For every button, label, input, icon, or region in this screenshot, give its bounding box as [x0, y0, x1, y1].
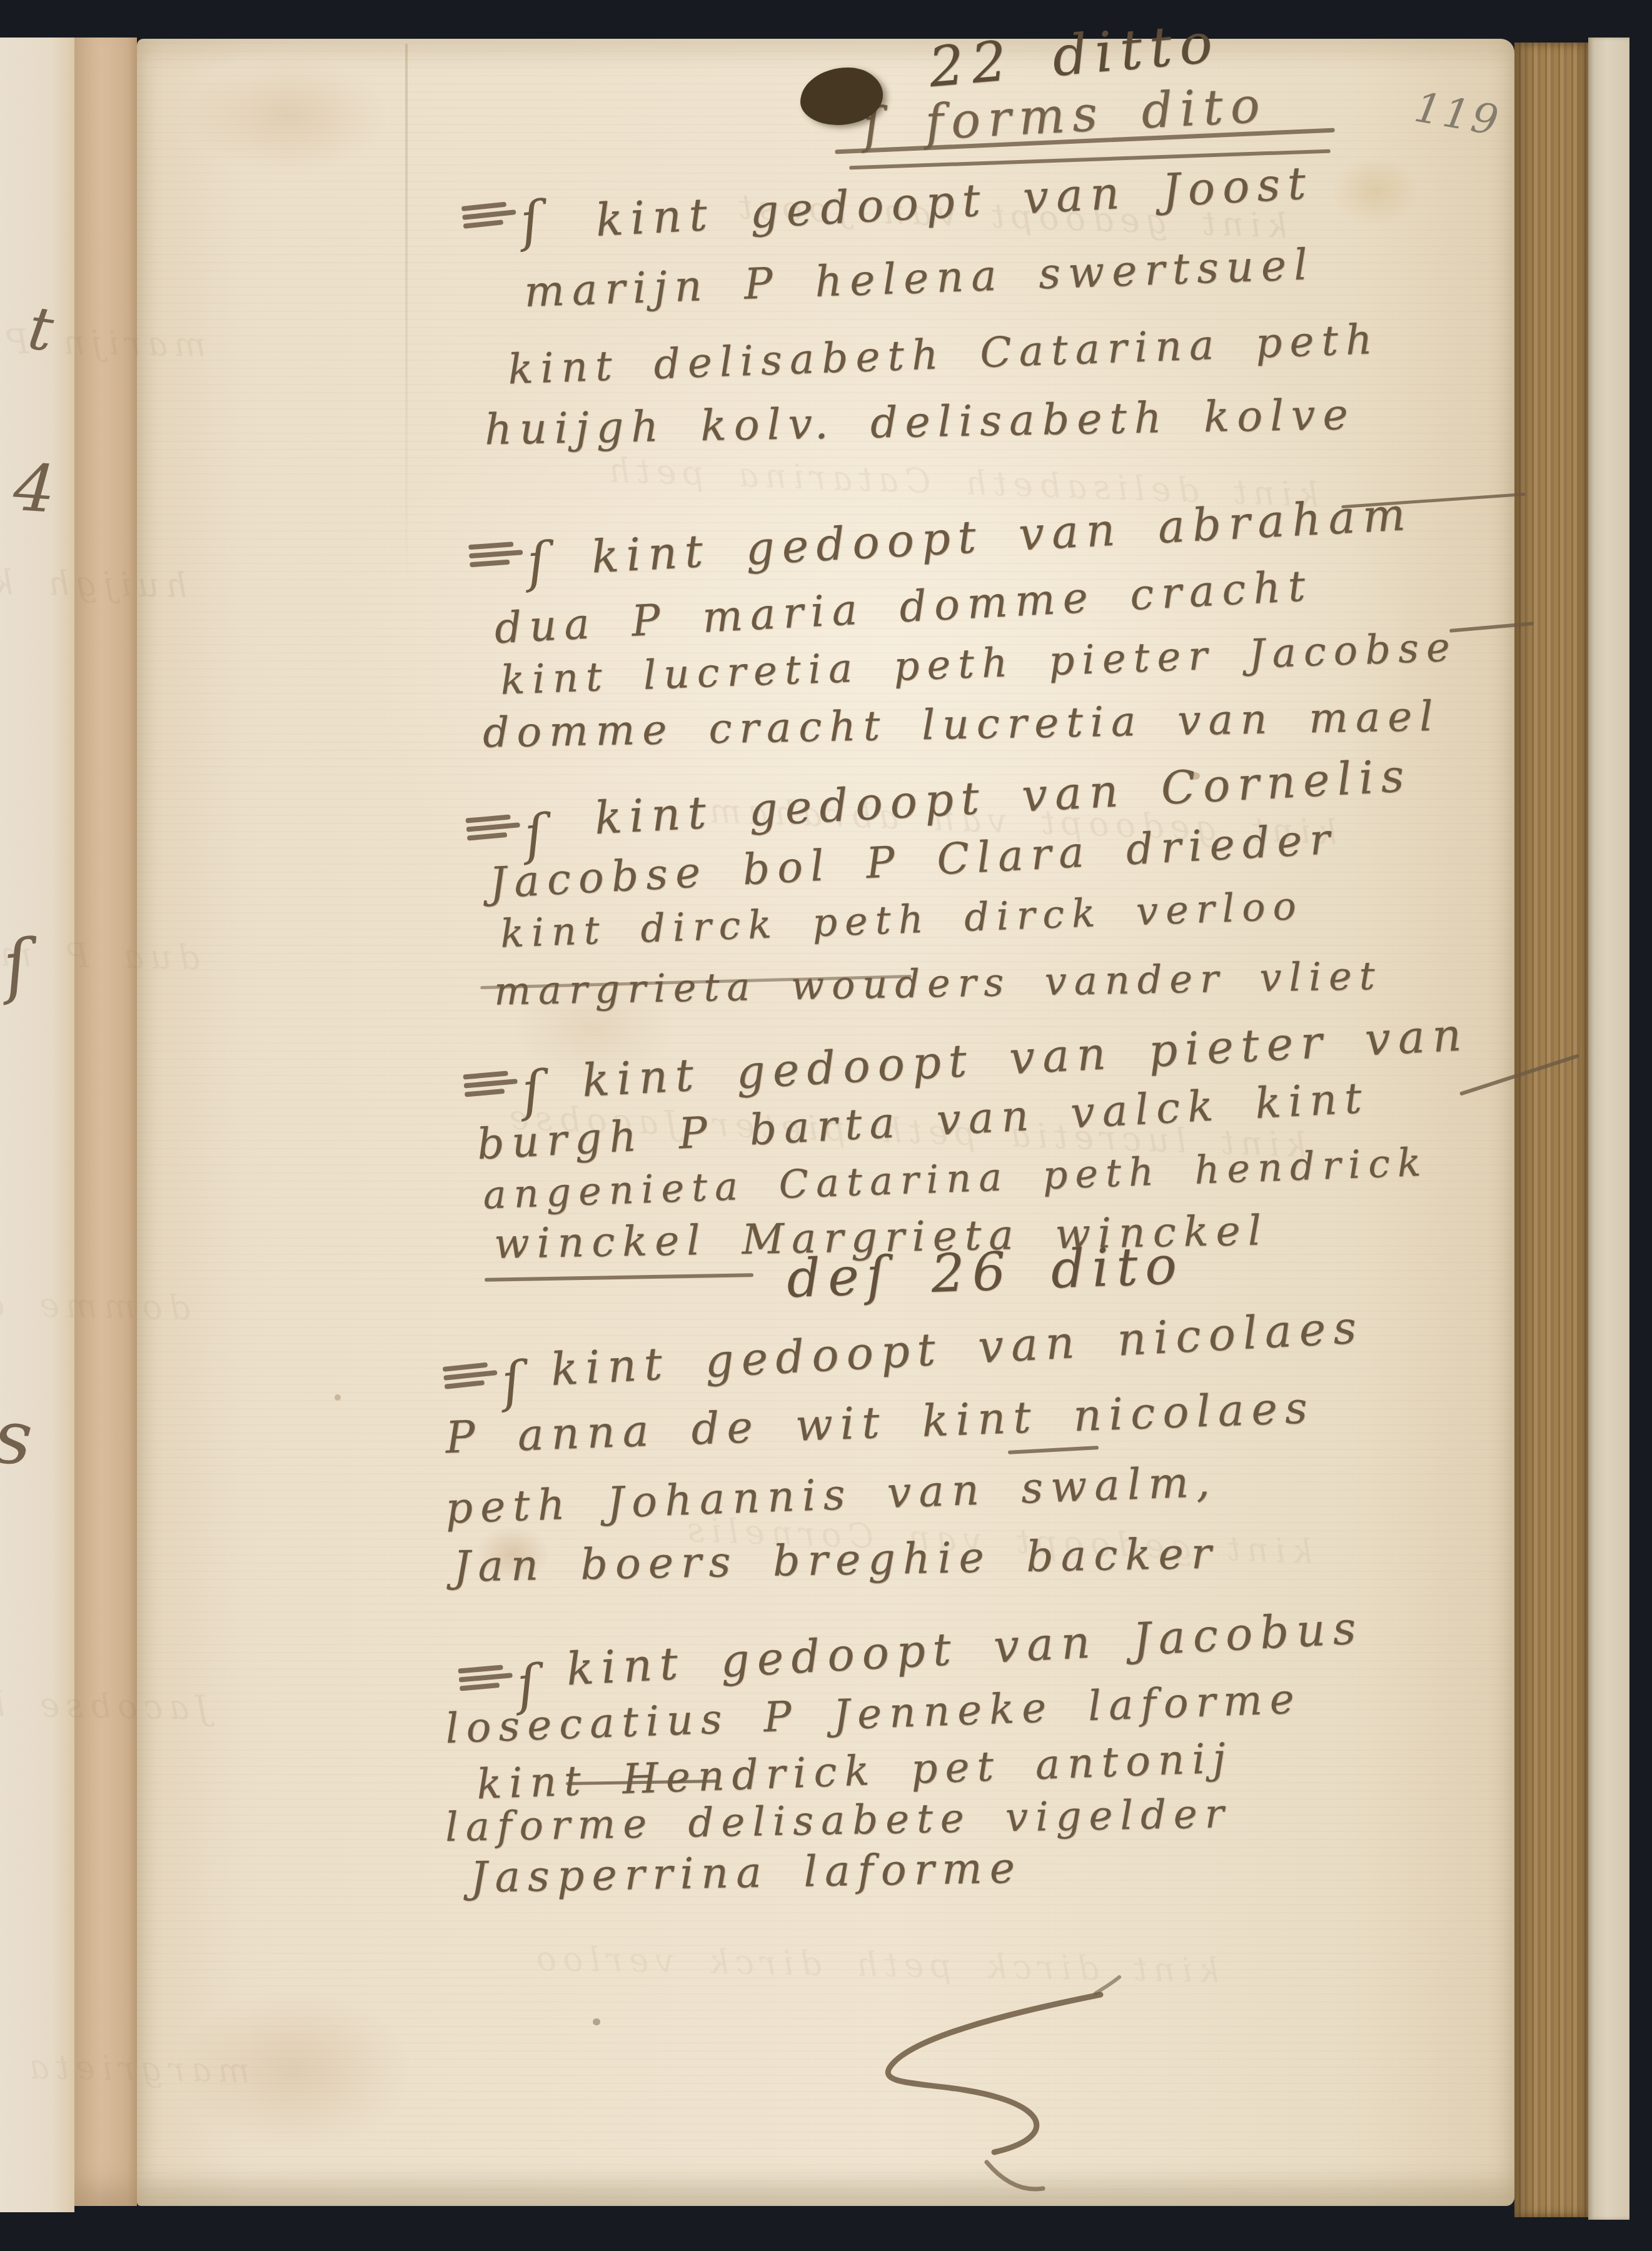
entry-5-line-4: Jan boers breghie backer [453, 1533, 1219, 1588]
marker-dash [465, 1089, 505, 1097]
s-flourish [850, 1970, 1138, 2176]
page-block-fore-edge [1514, 43, 1588, 2217]
marker-dash [463, 219, 503, 229]
gutter-tape-strip [74, 38, 137, 2206]
cover-leaf-edge [1588, 38, 1629, 2220]
marker-dash [459, 1673, 513, 1682]
marker-long-s-glyph: ſ [518, 189, 544, 254]
margin-mark: 4 [11, 449, 58, 528]
marker-dash [462, 209, 516, 220]
marker-dash [470, 560, 510, 567]
marker-long-s-glyph: ſ [520, 1059, 545, 1123]
marker-dash [469, 550, 523, 558]
marker-dash [445, 1380, 485, 1389]
manuscript-photo: kint gedoopt van Joostmarijn P helena sw… [0, 0, 1652, 2251]
paper-crease [405, 44, 408, 594]
check-flourish [975, 2151, 1063, 2207]
entry-marker: ſ [468, 538, 566, 601]
entry-6-line-5: Jasperrina laforme [470, 1847, 1022, 1899]
marker-dash [443, 1370, 497, 1381]
entry-marker: ſ [461, 196, 561, 262]
marker-long-s-glyph: ſ [525, 531, 550, 595]
marker-dash [467, 832, 507, 841]
marker-long-s-glyph: ſ [499, 1350, 525, 1414]
marker-dash [460, 1683, 500, 1691]
marker-dash [466, 822, 520, 832]
marker-dash [464, 1079, 518, 1088]
